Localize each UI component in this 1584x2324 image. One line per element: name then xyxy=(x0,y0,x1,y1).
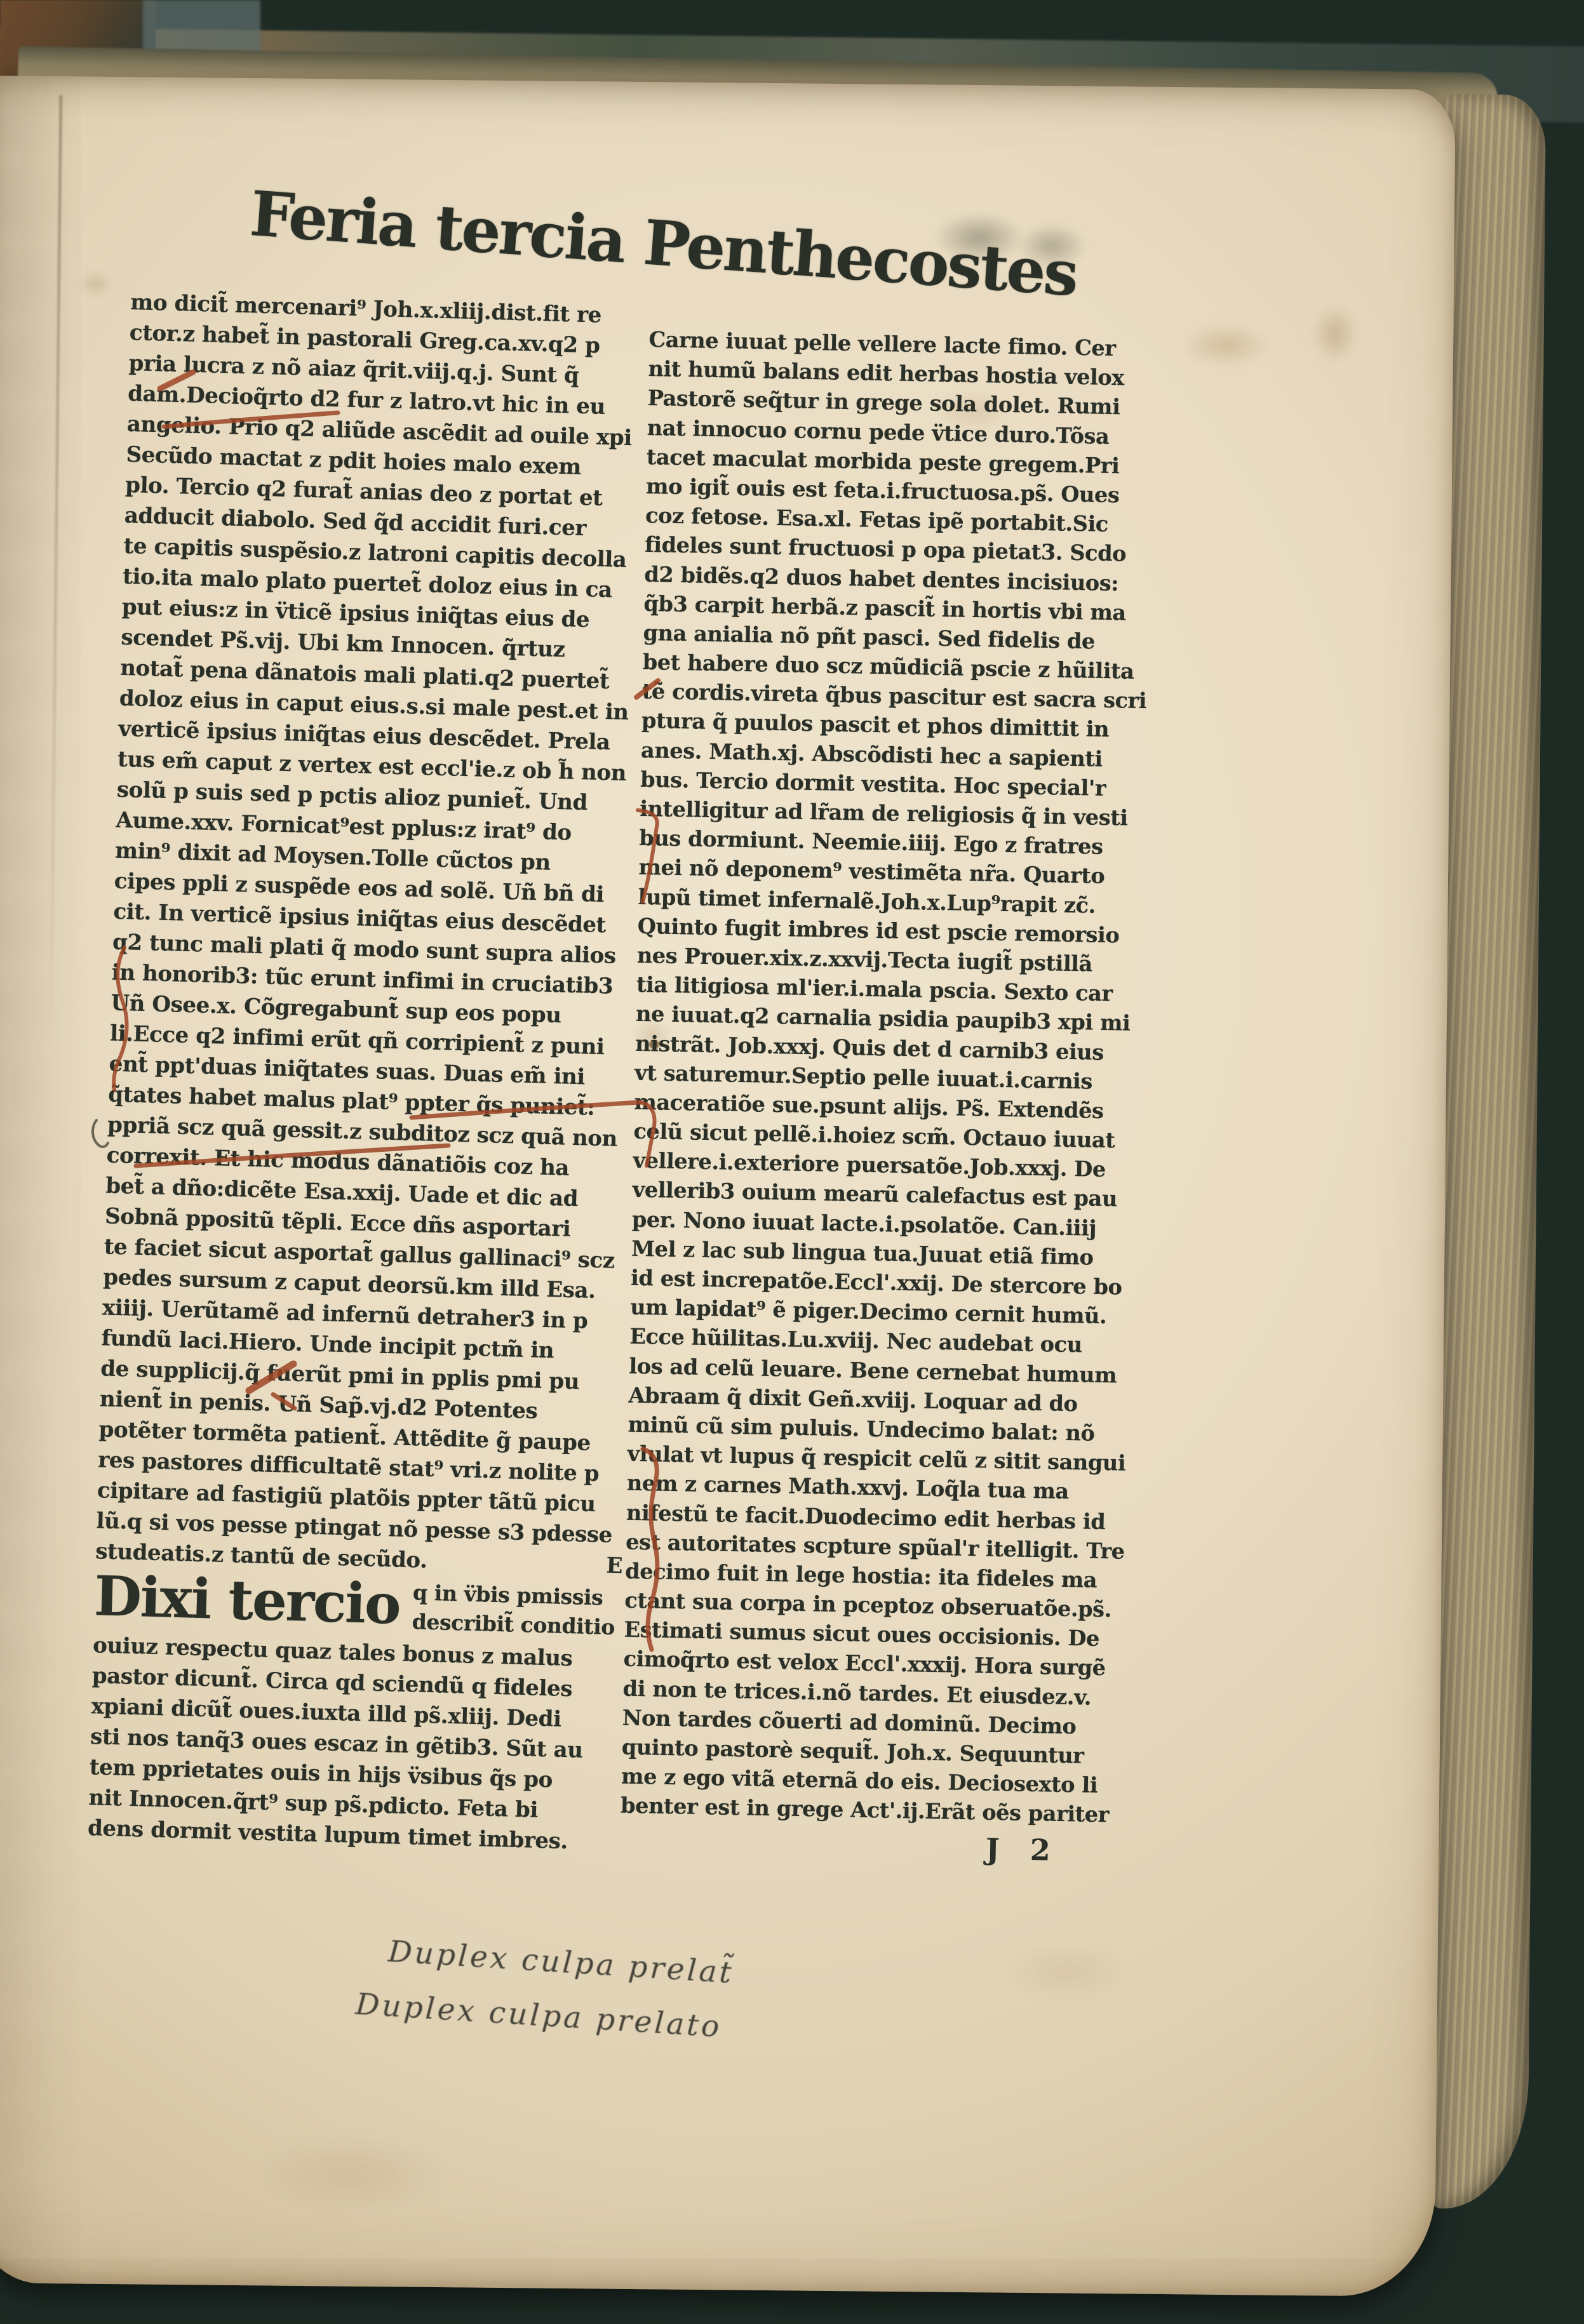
left-column-lines-a: mo dicit̃ mercenari⁹ Joh.x.xliij.dist.fi… xyxy=(96,287,658,1551)
quire-signature: J 2 xyxy=(986,1832,1061,1867)
left-column-lines-b: ouiuz respectu quaz tales bonus z malusp… xyxy=(88,1630,621,1858)
text-line: describit̃ conditio xyxy=(412,1607,615,1642)
right-column-lines: Carne iuuat pelle vellere lacte fimo. Ce… xyxy=(621,325,1157,1830)
heading-side-lines: q in v̈bis pmissisdescribit̃ conditio xyxy=(412,1575,616,1642)
right-text-column: Carne iuuat pelle vellere lacte fimo. Ce… xyxy=(621,325,1157,1830)
left-text-column: mo dicit̃ mercenari⁹ Joh.x.xliij.dist.fi… xyxy=(88,287,658,1858)
section-initial-words: Dixi tercio xyxy=(93,1566,401,1634)
book-photo: { "colors": { "background": "#1e2b25", "… xyxy=(0,0,1584,2324)
catchword-letter: E xyxy=(606,1551,623,1582)
